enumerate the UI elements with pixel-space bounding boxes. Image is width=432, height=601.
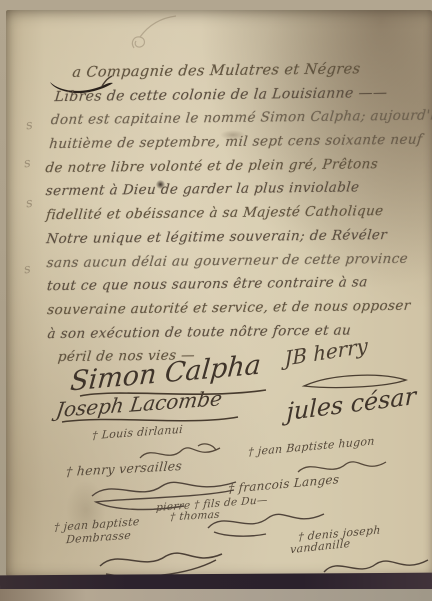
underline-flourish [300, 370, 410, 390]
oath-text: a Compagnie des Mulatres et Négres Libre… [44, 58, 404, 370]
mat-strip [0, 589, 432, 601]
underline-flourish [78, 386, 268, 400]
